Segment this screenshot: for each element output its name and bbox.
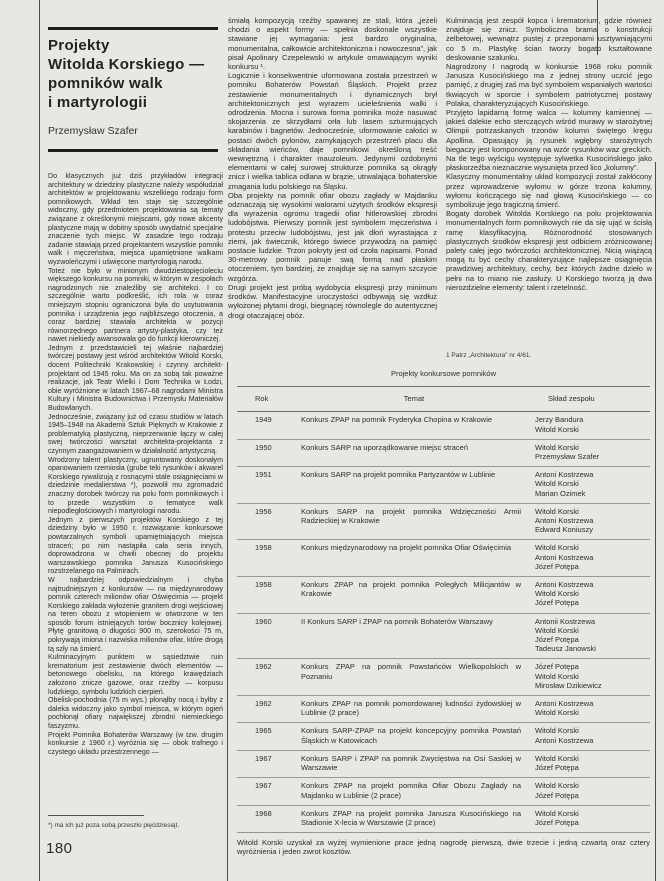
right-margin-rule <box>655 162 656 881</box>
cell-team: Witold KorskiJózef Potępa <box>535 809 650 827</box>
paragraph: Przyjęto lapidarną formę walca — kolumny… <box>446 108 652 172</box>
team-member: Józef Potępa <box>535 818 650 827</box>
title-line: Projekty <box>48 36 220 55</box>
left-margin-rule <box>39 0 40 881</box>
column-left-text: Do klasycznych już dziś przykładów integ… <box>48 172 223 812</box>
table-row: 1951Konkurs SARP na projekt pomnika Part… <box>237 467 650 504</box>
article-title: Projekty Witolda Korskiego — pomników wa… <box>48 36 220 112</box>
table-row: 1962Konkurs ZPAP na pomnik pomordowanej … <box>237 696 650 723</box>
team-member: Witold Korski <box>535 589 650 598</box>
footnote-reference: 1 Patrz „Architektura” nr 4/61. <box>446 352 652 360</box>
paragraph: Jednym z przedstawicieli tej właśnie naj… <box>48 344 223 413</box>
team-member: Józef Potępa <box>535 763 650 772</box>
cell-year: 1950 <box>255 443 293 461</box>
team-member: Antoni Kostrzewa <box>535 699 650 708</box>
team-member: Witold Korski <box>535 443 650 452</box>
team-member: Witold Korski <box>535 754 650 763</box>
column-middle-text: śmiałą kompozycją rzeźby spawanej ze sta… <box>228 16 437 360</box>
paragraph: Jednocześnie, związany już od czasu stud… <box>48 413 223 456</box>
cell-year: 1960 <box>255 617 293 654</box>
paragraph: Wrodzony talent plastyczny, ugruntowany … <box>48 456 223 516</box>
table-body: 1949Konkurs ZPAP na pomnik Fryderyka Cho… <box>237 412 650 833</box>
cell-year: 1958 <box>255 580 293 608</box>
team-member: Marian Ozimek <box>535 489 650 498</box>
team-member: Tadeusz Janowski <box>535 644 650 653</box>
title-top-rule <box>48 27 218 30</box>
team-member: Przemysław Szafer <box>535 452 650 461</box>
paragraph: Kulminacyjnym punktem w sąsiedztwie ruin… <box>48 653 223 696</box>
team-member: Edward Koniuszy <box>535 525 650 534</box>
cell-team: Antoni KostrzewaWitold KorskiMarian Ozim… <box>535 470 650 498</box>
table-row: 1956Konkurs SARP na projekt pomnika Wdzi… <box>237 504 650 541</box>
cell-team: Witold KorskiAntoni Kostrzewa <box>535 726 650 744</box>
team-member: Witold Korski <box>535 543 650 552</box>
cell-topic: Konkurs ZPAP na pomnik Fryderyka Chopina… <box>301 415 527 433</box>
cell-year: 1951 <box>255 470 293 498</box>
paragraph: W najbardziej odpowiedzialnym i chyba na… <box>48 576 223 653</box>
title-line: pomników walk <box>48 74 220 93</box>
cell-team: Józef PotępaWitold KorskiMirosław Dzikie… <box>535 662 650 690</box>
page-number: 180 <box>46 840 73 857</box>
paragraph: Projekt Pomnika Bohaterów Warszawy (w tz… <box>48 731 223 757</box>
cell-year: 1949 <box>255 415 293 433</box>
column-header-team: Skład zespołu <box>535 394 650 403</box>
title-bottom-rule <box>48 149 218 152</box>
cell-year: 1967 <box>255 781 293 799</box>
team-member: Józef Potępa <box>535 562 650 571</box>
team-member: Antoni Kostrzewa <box>535 470 650 479</box>
cell-team: Antoni KostrzewaWitold KorskiJózef Potęp… <box>535 580 650 608</box>
magazine-page: Projekty Witolda Korskiego — pomników wa… <box>0 0 664 881</box>
paragraph: Do klasycznych już dziś przykładów integ… <box>48 172 223 267</box>
cell-team: Witold KorskiAntoni KostrzewaJózef Potęp… <box>535 543 650 571</box>
cell-team: Witold KorskiAntoni KostrzewaEdward Koni… <box>535 507 650 535</box>
team-member: Antonii Kostrzewa <box>535 617 650 626</box>
column-header-year: Rok <box>255 394 293 403</box>
team-member: Antoni Kostrzewa <box>535 553 650 562</box>
table-row: 1967Konkurs ZPAP na projekt pomnika Ofia… <box>237 778 650 805</box>
table-header-row: Rok Temat Skład zespołu <box>237 387 650 412</box>
cell-topic: Konkurs SARP na projekt pomnika Wdzięczn… <box>301 507 527 535</box>
cell-topic: Konkurs ZPAP na projekt pomnika Ofiar Ob… <box>301 781 527 799</box>
paragraph: Toteż nie było w minionym dwudziestopięc… <box>48 267 223 344</box>
cell-team: Witold KorskiPrzemysław Szafer <box>535 443 650 461</box>
column-right-text: Kulminacją jest zespół kopca i krematori… <box>446 16 652 350</box>
paragraph: Klasyczny monumentalny układ kompozycji … <box>446 172 652 209</box>
footnote-asterisk: *) ma ich już poza sobą przeszło pięćdzi… <box>48 822 223 830</box>
footnote-rule <box>48 815 144 816</box>
cell-topic: Konkurs ZPAP na pomnik Powstańców Wielko… <box>301 662 527 690</box>
cell-year: 1958 <box>255 543 293 571</box>
paragraph: Obelisk-pochodnia (75 m wys.) płonąłby n… <box>48 696 223 730</box>
table-row: 1958Konkurs ZPAP na projekt pomnika Pole… <box>237 577 650 614</box>
paragraph: Jednym z pierwszych projektów Korskiego … <box>48 516 223 576</box>
team-member: Józef Potępa <box>535 635 650 644</box>
cell-team: Jerzy BanduraWitold Korski <box>535 415 650 433</box>
table-row: 1950Konkurs SARP na uporządkowanie miejs… <box>237 440 650 467</box>
paragraph: Logicznie i konsekwentnie uformowana zos… <box>228 71 437 191</box>
cell-year: 1956 <box>255 507 293 535</box>
team-member: Józef Potępa <box>535 791 650 800</box>
cell-topic: Konkurs międzynarodowy na projekt pomnik… <box>301 543 527 571</box>
table-row: 1949Konkurs ZPAP na pomnik Fryderyka Cho… <box>237 412 650 439</box>
title-line: i martyrologii <box>48 93 220 112</box>
table-row: 1967Konkurs SARP i ZPAP na pomnik Zwycię… <box>237 751 650 778</box>
table-row: 1962Konkurs ZPAP na pomnik Powstańców Wi… <box>237 659 650 696</box>
table-row: 1958Konkurs międzynarodowy na projekt po… <box>237 540 650 577</box>
table-row: 1965Konkurs SARP-ZPAP na projekt koncepc… <box>237 723 650 750</box>
cell-topic: Konkurs SARP i ZPAP na pomnik Zwycięstwa… <box>301 754 527 772</box>
paragraph: Nagrodzony I nagrodą w konkursie 1968 ro… <box>446 62 652 108</box>
team-member: Witold Korski <box>535 507 650 516</box>
cell-team: Witold KorskiJózef Potępa <box>535 754 650 772</box>
team-member: Józef Potępa <box>535 598 650 607</box>
table-caption: Projekty konkursowe pomników <box>237 362 650 387</box>
cell-team: Witold KorskiJózef Potępa <box>535 781 650 799</box>
cell-topic: Konkurs ZPAP na projekt pomnika Janusza … <box>301 809 527 827</box>
team-member: Jerzy Bandura <box>535 415 650 424</box>
cell-topic: II Konkurs SARP i ZPAP na pomnik Bohater… <box>301 617 527 654</box>
cell-year: 1962 <box>255 662 293 690</box>
team-member: Witold Korski <box>535 726 650 735</box>
competitions-table: Projekty konkursowe pomników Rok Temat S… <box>228 362 655 857</box>
team-member: Witold Korski <box>535 809 650 818</box>
team-member: Józef Potępa <box>535 662 650 671</box>
table-summary-note: Witold Korski uzyskał za wyżej wymienion… <box>237 833 650 856</box>
cell-topic: Konkurs SARP-ZPAP na projekt koncepcyjny… <box>301 726 527 744</box>
table-row: 1960II Konkurs SARP i ZPAP na pomnik Boh… <box>237 614 650 660</box>
cell-topic: Konkurs SARP na uporządkowanie miejsc st… <box>301 443 527 461</box>
paragraph: Kulminacją jest zespół kopca i krematori… <box>446 16 652 62</box>
team-member: Witold Korski <box>535 479 650 488</box>
paragraph: Bogaty dorobek Witolda Korskiego na polu… <box>446 209 652 292</box>
paragraph: Oba projekty na pomnik ofiar obozu zagła… <box>228 191 437 283</box>
team-member: Mirosław Dzikiewicz <box>535 681 650 690</box>
team-member: Witold Korski <box>535 672 650 681</box>
team-member: Witold Korski <box>535 626 650 635</box>
cell-topic: Konkurs SARP na projekt pomnika Partyzan… <box>301 470 527 498</box>
cell-team: Antoni KostrzewaWitold Korski <box>535 699 650 717</box>
cell-topic: Konkurs ZPAP na projekt pomnika Poległyc… <box>301 580 527 608</box>
article-author: Przemysław Szafer <box>48 125 220 137</box>
cell-year: 1968 <box>255 809 293 827</box>
paragraph: Drugi projekt jest próbą wydobycia ekspr… <box>228 283 437 320</box>
paragraph: śmiałą kompozycją rzeźby spawanej ze sta… <box>228 16 437 71</box>
cell-team: Antonii KostrzewaWitold KorskiJózef Potę… <box>535 617 650 654</box>
team-member: Antoni Kostrzewa <box>535 580 650 589</box>
title-line: Witolda Korskiego — <box>48 55 220 74</box>
team-member: Witold Korski <box>535 425 650 434</box>
team-member: Antoni Kostrzewa <box>535 516 650 525</box>
table-row: 1968Konkurs ZPAP na projekt pomnika Janu… <box>237 806 650 833</box>
cell-topic: Konkurs ZPAP na pomnik pomordowanej ludn… <box>301 699 527 717</box>
cell-year: 1962 <box>255 699 293 717</box>
team-member: Antoni Kostrzewa <box>535 736 650 745</box>
team-member: Witold Korski <box>535 781 650 790</box>
cell-year: 1965 <box>255 726 293 744</box>
column-header-topic: Temat <box>301 394 527 403</box>
cell-year: 1967 <box>255 754 293 772</box>
team-member: Witold Korski <box>535 708 650 717</box>
